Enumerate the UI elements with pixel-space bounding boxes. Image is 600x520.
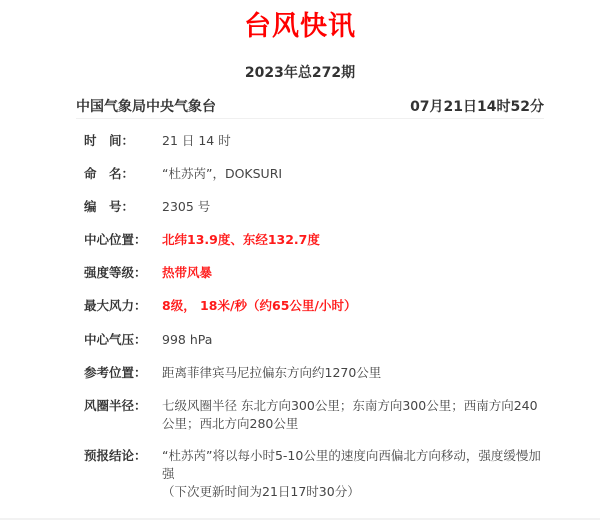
field-label: 中心位置： xyxy=(84,231,159,249)
field-label: 强度等级： xyxy=(84,264,159,282)
field-label: 命 名： xyxy=(84,165,159,183)
field-label: 编 号： xyxy=(84,198,159,216)
field-value: 21 日 14 时 xyxy=(162,132,547,150)
field-value: 距离菲律宾马尼拉偏东方向约1270公里 xyxy=(162,364,547,382)
field-label: 最大风力： xyxy=(84,297,159,315)
field-value: 2305 号 xyxy=(162,198,547,216)
header-divider xyxy=(76,118,544,119)
field-value-block: “杜苏芮”将以每小时5-10公里的速度向西偏北方向移动，强度缓慢加强 （下次更新… xyxy=(162,447,547,501)
forecast-text: “杜苏芮”将以每小时5-10公里的速度向西偏北方向移动，强度缓慢加强 xyxy=(162,447,547,483)
field-label: 风圈半径： xyxy=(84,397,159,415)
field-value: 998 hPa xyxy=(162,331,547,349)
field-value: “杜苏芮”，DOKSURI xyxy=(162,165,547,183)
field-label: 预报结论： xyxy=(84,447,159,465)
field-value: 8级， 18米/秒（约65公里/小时） xyxy=(162,297,547,315)
field-value: 热带风暴 xyxy=(162,264,547,282)
agency-name: 中国气象局中央气象台 xyxy=(76,96,216,116)
next-update-note: （下次更新时间为21日17时30分） xyxy=(162,483,547,501)
publish-datetime: 07月21日14时52分 xyxy=(410,96,544,116)
field-value: 七级风圈半径 东北方向300公里；东南方向300公里；西南方向240公里；西北方… xyxy=(162,397,547,433)
field-value: 北纬13.9度、东经132.7度 xyxy=(162,231,547,249)
issue-number: 2023年总272期 xyxy=(0,62,600,82)
field-label: 时 间： xyxy=(84,132,159,150)
typhoon-bulletin-page: 台风快讯 2023年总272期 中国气象局中央气象台 07月21日14时52分 … xyxy=(0,0,600,520)
bulletin-header: 中国气象局中央气象台 07月21日14时52分 xyxy=(76,96,544,116)
bulletin-title: 台风快讯 xyxy=(0,4,600,43)
field-label: 中心气压： xyxy=(84,331,159,349)
field-label: 参考位置： xyxy=(84,364,159,382)
